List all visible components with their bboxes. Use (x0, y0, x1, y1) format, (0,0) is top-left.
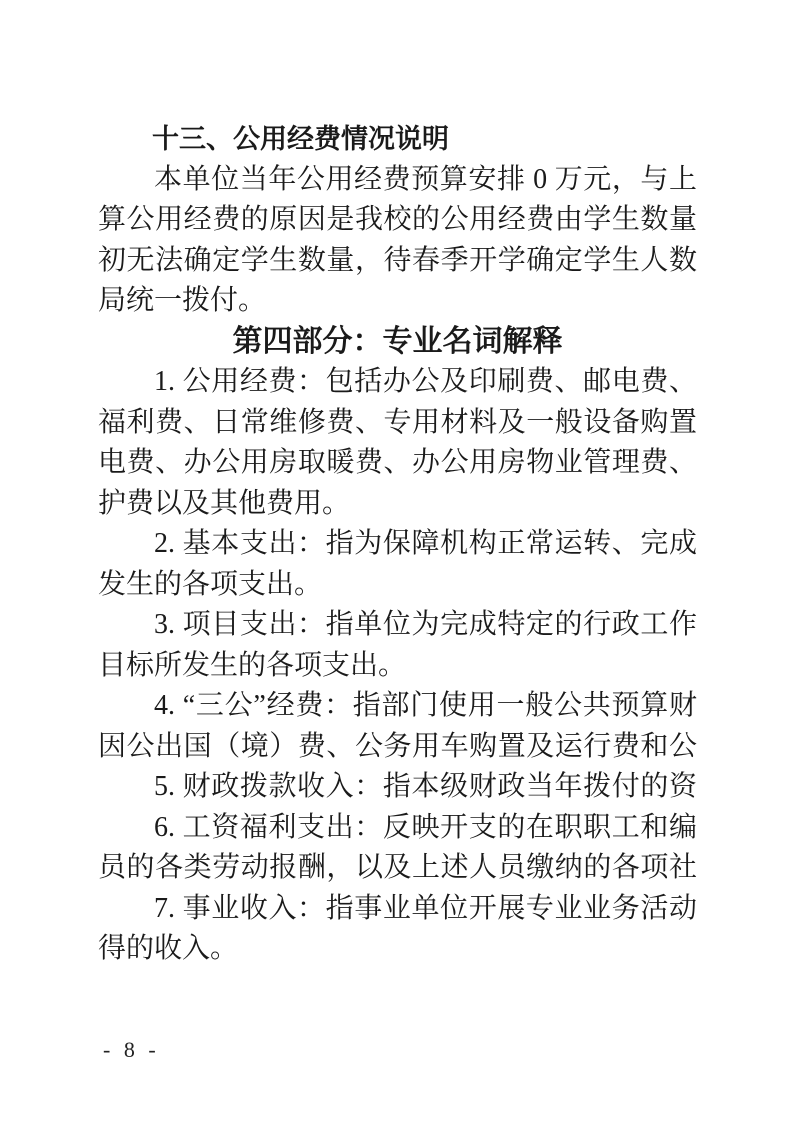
term-1-line: 护费以及其他费用。 (98, 484, 697, 525)
document-content: 十三、公用经费情况说明 本单位当年公用经费预算安排 0 万元，与上年一致，没有预… (0, 0, 793, 970)
section-13-heading: 十三、公用经费情况说明 (98, 119, 697, 160)
term-5-line: 5. 财政拨款收入：指本级财政当年拨付的资金。 (98, 767, 697, 808)
section-13-paragraph-line: 本单位当年公用经费预算安排 0 万元，与上年一致，没有预 (98, 160, 697, 201)
term-1-line: 1. 公用经费：包括办公及印刷费、邮电费、差旅费、会议费、 (98, 362, 697, 403)
section-13-paragraph-line: 算公用经费的原因是我校的公用经费由学生数量核定，2025 年 (98, 200, 697, 241)
section-13-paragraph-line: 初无法确定学生数量，待春季开学确定学生人数后由县教育体育 (98, 241, 697, 282)
term-6-line: 员的各类劳动报酬，以及上述人员缴纳的各项社会保险费等。 (98, 848, 697, 889)
page-number: - 8 - (103, 1037, 160, 1063)
term-4-line: 4. “三公”经费：指部门使用一般公共预算财政拨款安排的 (98, 686, 697, 727)
term-4-line: 因公出国（境）费、公务用车购置及运行费和公务接待费支出。 (98, 727, 697, 768)
part-4-title: 第四部分：专业名词解释 (98, 322, 697, 363)
term-2-line: 发生的各项支出。 (98, 565, 697, 606)
term-2-line: 2. 基本支出：指为保障机构正常运转、完成日常工作任务而 (98, 524, 697, 565)
section-13-paragraph-line: 局统一拨付。 (98, 281, 697, 322)
term-6-line: 6. 工资福利支出：反映开支的在职职工和编制外长期聘用人 (98, 808, 697, 849)
term-7-line: 7. 事业收入：指事业单位开展专业业务活动及辅助活动所取 (98, 889, 697, 930)
term-1-line: 福利费、日常维修费、专用材料及一般设备购置费、办公用房水 (98, 403, 697, 444)
document-page: 十三、公用经费情况说明 本单位当年公用经费预算安排 0 万元，与上年一致，没有预… (0, 0, 793, 1122)
term-3-line: 3. 项目支出：指单位为完成特定的行政工作任务或事业发展 (98, 605, 697, 646)
term-7-line: 得的收入。 (98, 929, 697, 970)
term-3-line: 目标所发生的各项支出。 (98, 646, 697, 687)
term-1-line: 电费、办公用房取暖费、办公用房物业管理费、公务用车运行维 (98, 443, 697, 484)
